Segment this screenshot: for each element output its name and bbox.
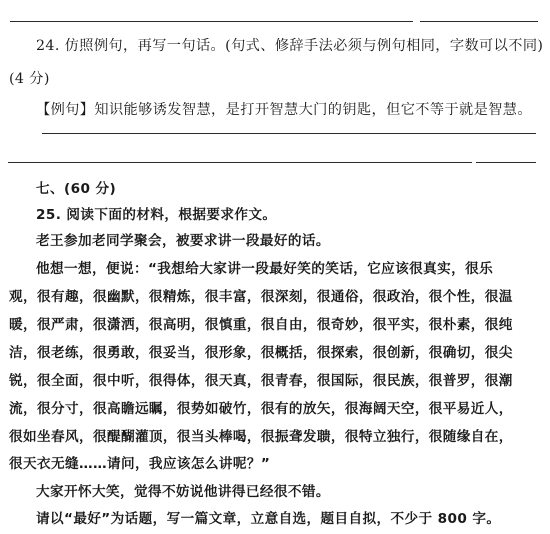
example-label: 【例句】 — [36, 102, 94, 118]
example-sentence: 【例句】知识能够诱发智慧，是打开智慧大门的钥匙，但它不等于就是智慧。 — [36, 99, 532, 119]
writing-instruction: 请以“最好”为话题，写一篇文章，立意自选，题目自拟，不少于 800 字。 — [36, 507, 500, 527]
material-line: 他想一想，便说：“我想给大家讲一段最好笑的笑话，它应该很真实，很乐 — [36, 257, 493, 277]
answer-line — [420, 21, 538, 22]
answer-line — [10, 21, 413, 22]
example-text: 知识能够诱发智慧，是打开智慧大门的钥匙，但它不等于就是智慧。 — [94, 102, 532, 118]
material-paragraph: 老王参加老同学聚会，被要求讲一段最好的话。 — [36, 229, 330, 249]
material-paragraph: 大家开怀大笑，觉得不妨说他讲得已经很不错。 — [36, 480, 330, 500]
material-line: 观，很有趣，很幽默，很精炼，很丰富，很深刻，很通俗，很政治，很个性，很温 — [9, 285, 513, 305]
material-line: 暖，很严肃，很潇洒，很高明，很慎重，很自由，很奇妙，很平实，很朴素，很纯 — [9, 313, 513, 333]
material-line: 锐，很全面，很中听，很得体，很天真，很青春，很国际，很民族，很普罗，很潮 — [9, 369, 513, 389]
section-heading: 七、(60 分) — [36, 177, 116, 197]
question-24-prompt: 24. 仿照例句，再写一句话。(句式、修辞手法必须与例句相同，字数可以不同) — [36, 35, 543, 55]
material-line: 很天衣无缝……请问，我应该怎么讲呢？” — [9, 452, 270, 472]
material-line: 流，很分寸，很高瞻远瞩，很势如破竹，很有的放矢，很海阔天空，很平易近人， — [9, 397, 513, 417]
material-line: 很如坐春风，很醍醐灌顶，很当头棒喝，很振聋发聩，很特立独行，很随缘自在， — [9, 425, 513, 445]
answer-line[interactable] — [476, 162, 536, 163]
answer-line[interactable] — [8, 162, 472, 163]
question-25-prompt: 25. 阅读下面的材料，根据要求作文。 — [36, 203, 276, 223]
answer-line[interactable] — [42, 133, 536, 134]
material-line: 洁，很老练，很勇敢，很妥当，很形象，很概括，很探索，很创新，很确切，很尖 — [9, 341, 513, 361]
question-24-score: (4 分) — [9, 68, 50, 88]
